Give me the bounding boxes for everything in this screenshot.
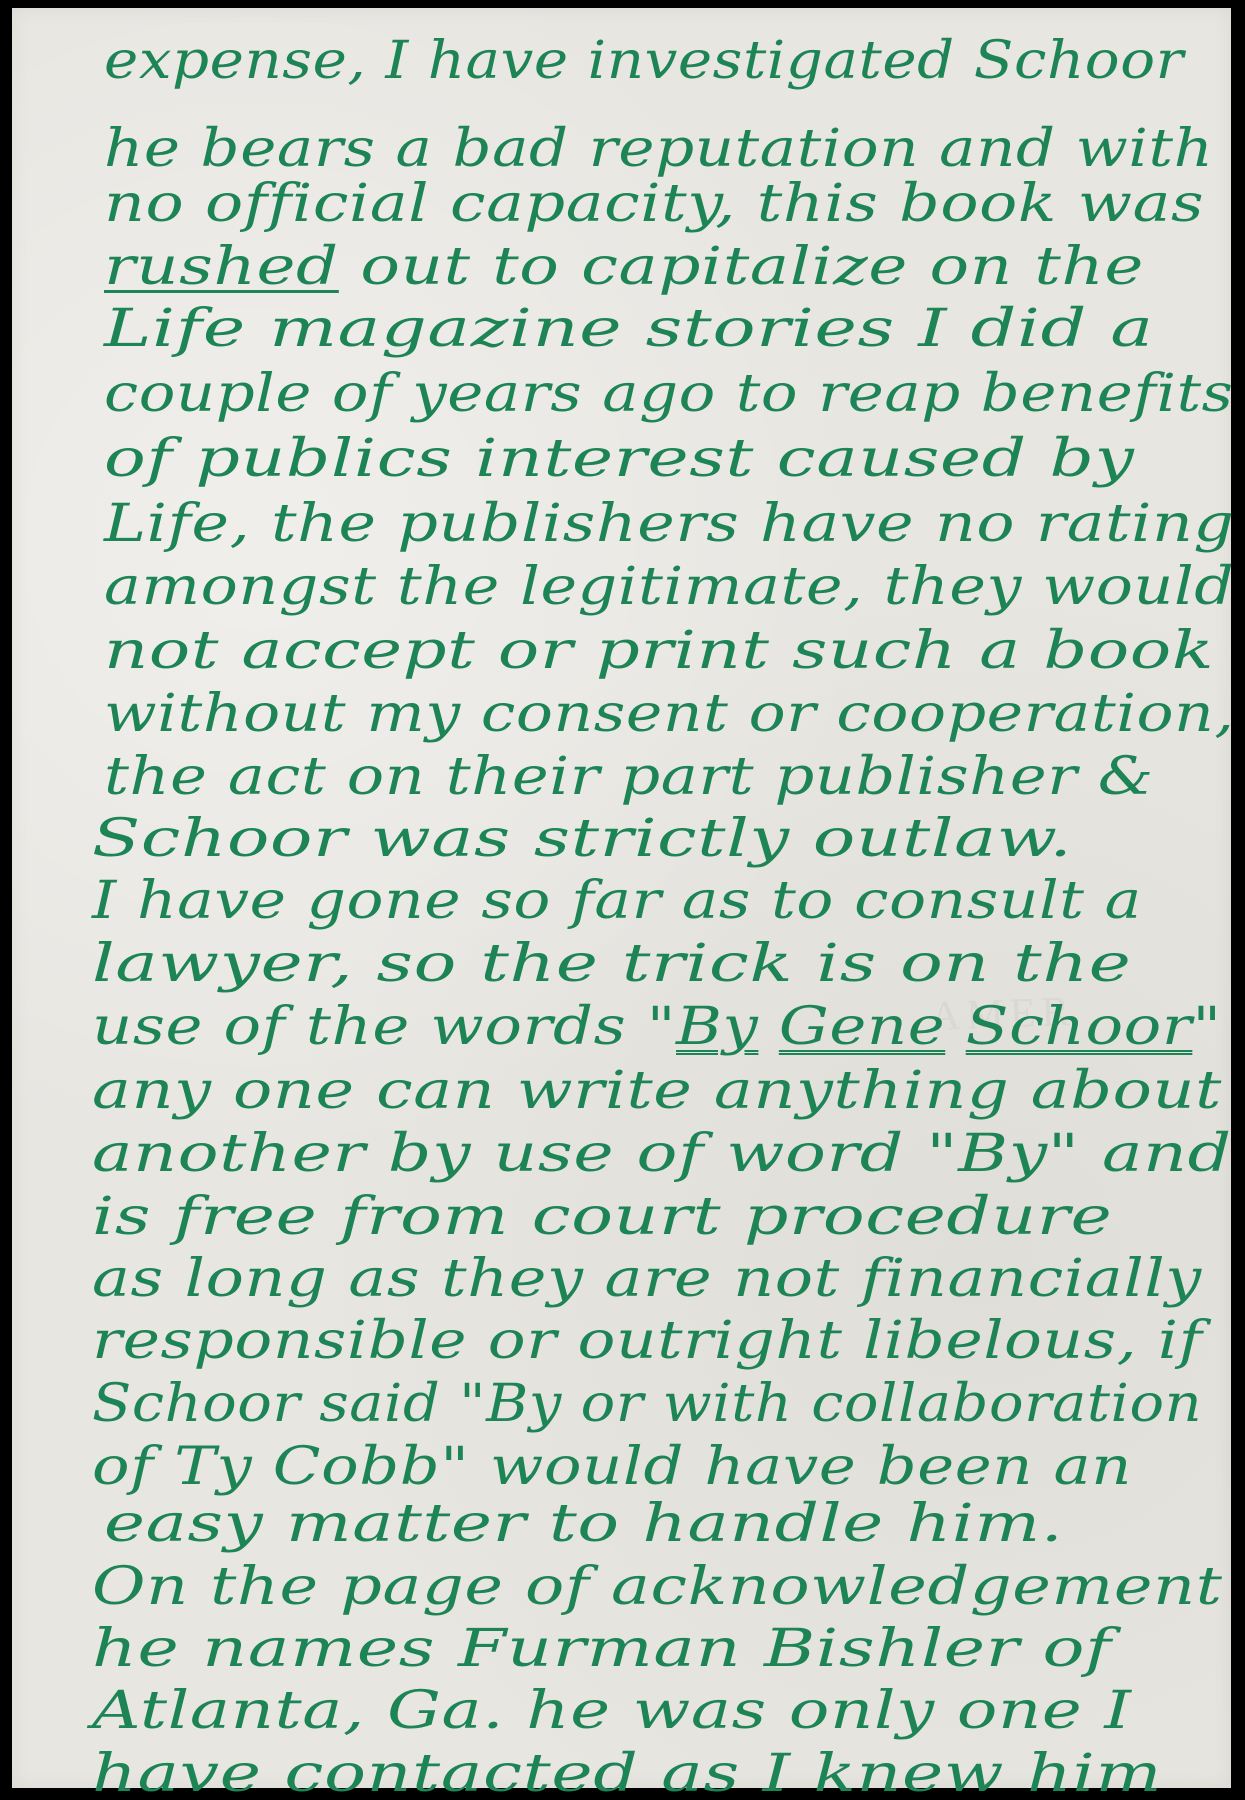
handwritten-line: is free from court procedure xyxy=(92,1186,1112,1248)
handwritten-line: Life magazine stories I did a xyxy=(104,298,1154,360)
line-text: out to capitalize on the xyxy=(339,237,1144,297)
handwritten-line: not accept or print such a book xyxy=(104,620,1214,682)
letter-page: AMER expense, I have investigated Schoor… xyxy=(12,8,1231,1788)
handwritten-line: as long as they are not financially xyxy=(92,1248,1202,1310)
handwritten-line: another by use of word "By" and xyxy=(92,1123,1232,1185)
handwritten-line: Life, the publishers have no rating xyxy=(104,493,1235,555)
handwritten-line: Schoor was strictly outlaw. xyxy=(92,808,1072,870)
handwritten-line: without my consent or cooperation, xyxy=(104,683,1235,745)
handwritten-line: couple of years ago to reap benefits xyxy=(104,363,1233,425)
handwritten-line: of Ty Cobb" would have been an xyxy=(92,1436,1132,1498)
handwritten-line: of publics interest caused by xyxy=(104,428,1134,490)
handwritten-line: he bears a bad reputation and with xyxy=(104,118,1213,180)
underlined-word: Gene xyxy=(779,997,945,1057)
underlined-word: By xyxy=(676,997,758,1057)
handwritten-line: I have gone so far as to consult a xyxy=(92,870,1142,932)
handwritten-line: Atlanta, Ga. he was only one I xyxy=(92,1680,1132,1742)
handwritten-line: no official capacity, this book was xyxy=(104,173,1204,235)
handwritten-line: easy matter to handle him. xyxy=(104,1493,1063,1555)
handwritten-line: the act on their part publisher & xyxy=(104,746,1154,808)
line-text xyxy=(758,997,778,1057)
line-text: use of the words " xyxy=(92,997,676,1057)
handwritten-line: he names Furman Bishler of xyxy=(92,1618,1112,1680)
handwritten-line: have contacted as I knew him xyxy=(92,1743,1162,1800)
line-text: " xyxy=(1192,997,1221,1057)
handwritten-line: expense, I have investigated Schoor xyxy=(104,30,1184,92)
handwritten-line: amongst the legitimate, they would xyxy=(104,556,1234,618)
handwritten-line: rushed out to capitalize on the xyxy=(104,236,1144,298)
handwritten-line: On the page of acknowledgement xyxy=(92,1556,1223,1618)
handwritten-line: responsible or outright libelous, if xyxy=(92,1310,1202,1372)
line-text xyxy=(945,997,965,1057)
underlined-word: Schoor xyxy=(966,997,1193,1057)
underlined-word: rushed xyxy=(104,237,339,297)
handwritten-line: any one can write anything about xyxy=(92,1060,1222,1122)
handwritten-line: use of the words "By Gene Schoor" xyxy=(92,996,1222,1058)
handwritten-line: lawyer, so the trick is on the xyxy=(92,933,1131,995)
handwritten-line: Schoor said "By or with collaboration xyxy=(92,1373,1202,1435)
